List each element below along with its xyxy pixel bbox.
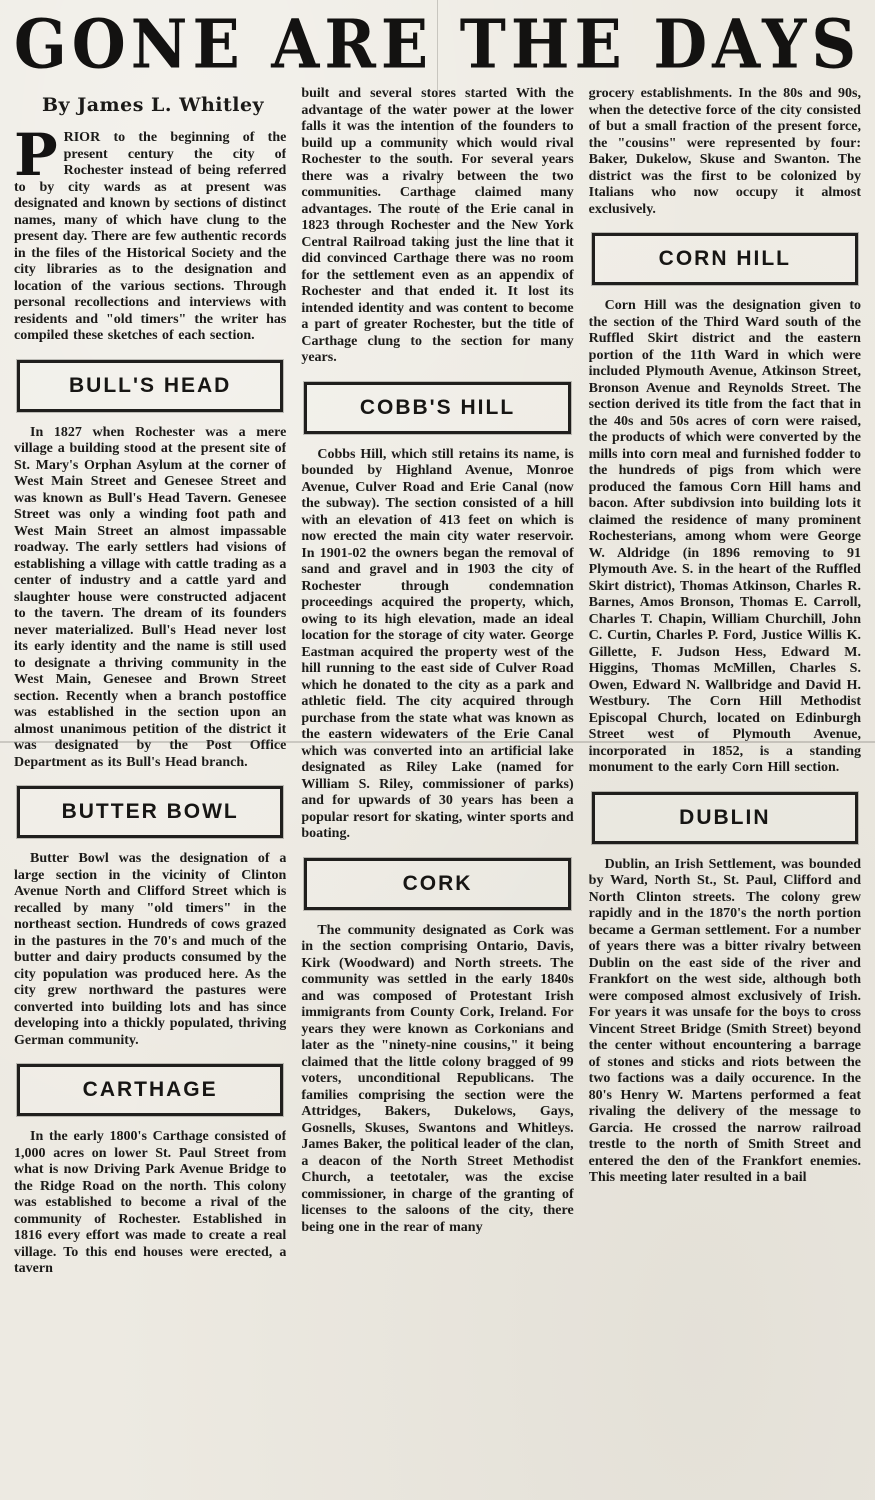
section-heading-label: CARTHAGE	[83, 1078, 218, 1101]
section-heading-carthage: CARTHAGE	[17, 1064, 283, 1116]
drop-cap: P	[14, 130, 64, 178]
article-paragraph: In the early 1800's Carthage consisted o…	[14, 1129, 286, 1278]
section-heading-cork: CORK	[304, 858, 570, 910]
article-paragraph: built and several stores started With th…	[301, 86, 573, 367]
article-paragraph: In 1827 when Rochester was a mere villag…	[14, 425, 286, 772]
section-heading-bull-s-head: BULL'S HEAD	[17, 360, 283, 412]
section-heading-cobb-s-hill: COBB'S HILL	[304, 382, 570, 434]
article-paragraph: The community designated as Cork was in …	[301, 923, 573, 1237]
byline: By James L. Whitley	[42, 94, 286, 116]
section-heading-label: BUTTER BOWL	[62, 800, 239, 823]
section-heading-label: DUBLIN	[679, 806, 770, 829]
section-heading-label: CORK	[403, 872, 473, 895]
section-heading-butter-bowl: BUTTER BOWL	[17, 786, 283, 838]
section-heading-corn-hill: CORN HILL	[592, 233, 858, 285]
section-heading-label: CORN HILL	[659, 247, 791, 270]
column-3: grocery establishments. In the 80s and 9…	[589, 86, 861, 1490]
article-columns: By James L. WhitleyPRIOR to the beginnin…	[10, 86, 865, 1490]
article-paragraph: Cobbs Hill, which still retains its name…	[301, 447, 573, 843]
section-heading-label: COBB'S HILL	[360, 396, 515, 419]
lead-paragraph: PRIOR to the beginning of the present ce…	[14, 130, 286, 345]
page-title: GONE ARE THE DAYS	[10, 4, 865, 86]
article-paragraph: Dublin, an Irish Settlement, was bounded…	[589, 857, 861, 1187]
section-heading-label: BULL'S HEAD	[69, 374, 231, 397]
column-1: By James L. WhitleyPRIOR to the beginnin…	[14, 86, 286, 1490]
newspaper-page: GONE ARE THE DAYS By James L. WhitleyPRI…	[0, 0, 875, 1500]
article-paragraph: grocery establishments. In the 80s and 9…	[589, 86, 861, 218]
column-2: built and several stores started With th…	[301, 86, 573, 1490]
section-heading-dublin: DUBLIN	[592, 792, 858, 844]
article-paragraph: Butter Bowl was the designation of a lar…	[14, 851, 286, 1049]
article-paragraph: Corn Hill was the designation given to t…	[589, 298, 861, 777]
